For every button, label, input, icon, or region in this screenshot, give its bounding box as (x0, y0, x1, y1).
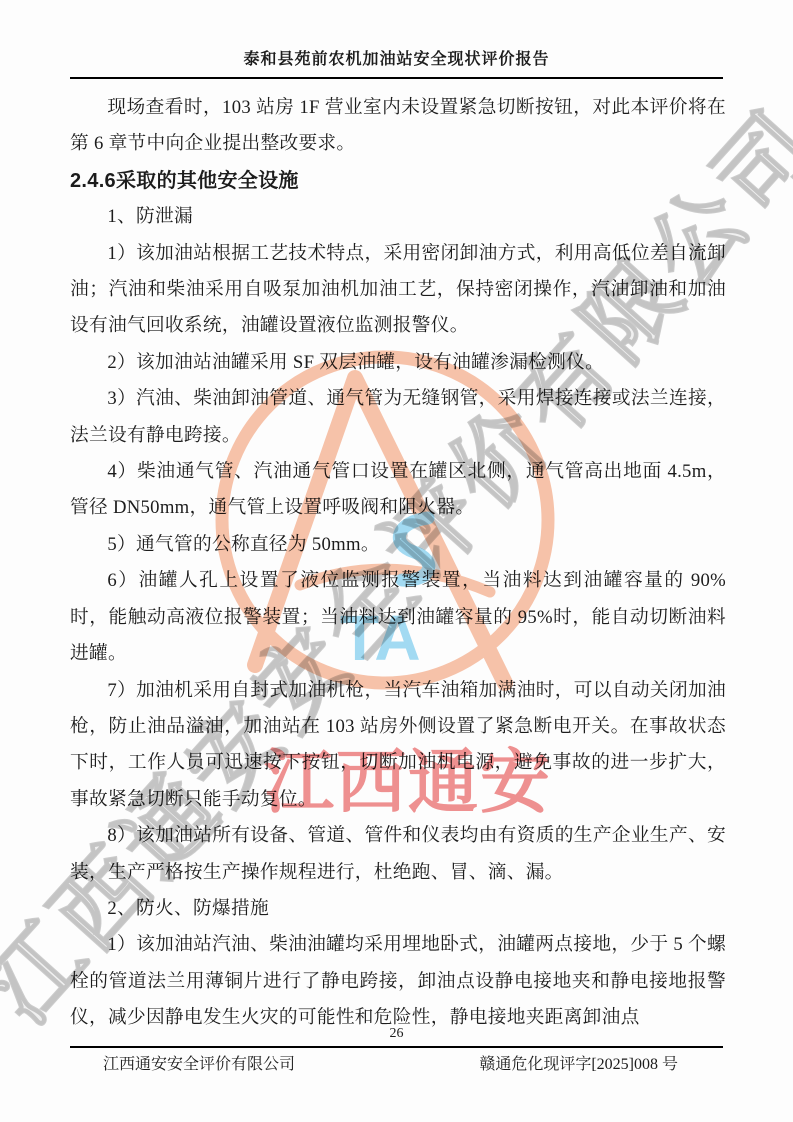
paragraph-leak-6: 6）油罐人孔上设置了液位监测报警装置，当油料达到油罐容量的 90%时，能触动高液… (70, 563, 726, 672)
paragraph-intro: 现场查看时，103 站房 1F 营业室内未设置紧急切断按钮，对此本评价将在第 6… (70, 90, 726, 163)
page-number: 26 (0, 1026, 793, 1042)
footer-divider (70, 1046, 723, 1048)
paragraph-leak-title: 1、防泄漏 (70, 199, 726, 235)
paragraph-leak-7: 7）加油机采用自封式加油机枪，当汽车油箱加满油时，可以自动关闭加油枪，防止油品溢… (70, 673, 726, 819)
paragraph-fire-1: 1）该加油站汽油、柴油油罐均采用埋地卧式，油罐两点接地，少于 5 个螺栓的管道法… (70, 927, 726, 1036)
header-divider (70, 77, 723, 79)
footer-company-name: 江西通安安全评价有限公司 (103, 1051, 295, 1074)
report-header-title: 泰和县苑前农机加油站安全现状评价报告 (0, 46, 793, 69)
paragraph-leak-3: 3）汽油、柴油卸油管道、通气管为无缝钢管，采用焊接连接或法兰连接，法兰设有静电跨… (70, 381, 726, 454)
paragraph-leak-5: 5）通气管的公称直径为 50mm。 (70, 527, 726, 563)
paragraph-fire-title: 2、防火、防爆措施 (70, 891, 726, 927)
paragraph-leak-2: 2）该加油站油罐采用 SF 双层油罐，设有油罐渗漏检测仪。 (70, 345, 726, 381)
document-page: 泰和县苑前农机加油站安全现状评价报告 江西通安安全评价有限公司 TA 江西通安 … (0, 0, 793, 1122)
footer-document-number: 赣通危化现评字[2025]008 号 (479, 1051, 678, 1074)
document-body: 现场查看时，103 站房 1F 营业室内未设置紧急切断按钮，对此本评价将在第 6… (70, 90, 726, 1037)
paragraph-leak-8: 8）该加油站所有设备、管道、管件和仪表均由有资质的生产企业生产、安装，生产严格按… (70, 818, 726, 891)
paragraph-leak-1: 1）该加油站根据工艺技术特点，采用密闭卸油方式，利用高低位差自流卸油；汽油和柴油… (70, 236, 726, 345)
section-heading-2-4-6: 2.4.6采取的其他安全设施 (70, 163, 726, 199)
paragraph-leak-4: 4）柴油通气管、汽油通气管口设置在罐区北侧，通气管高出地面 4.5m，管径 DN… (70, 454, 726, 527)
